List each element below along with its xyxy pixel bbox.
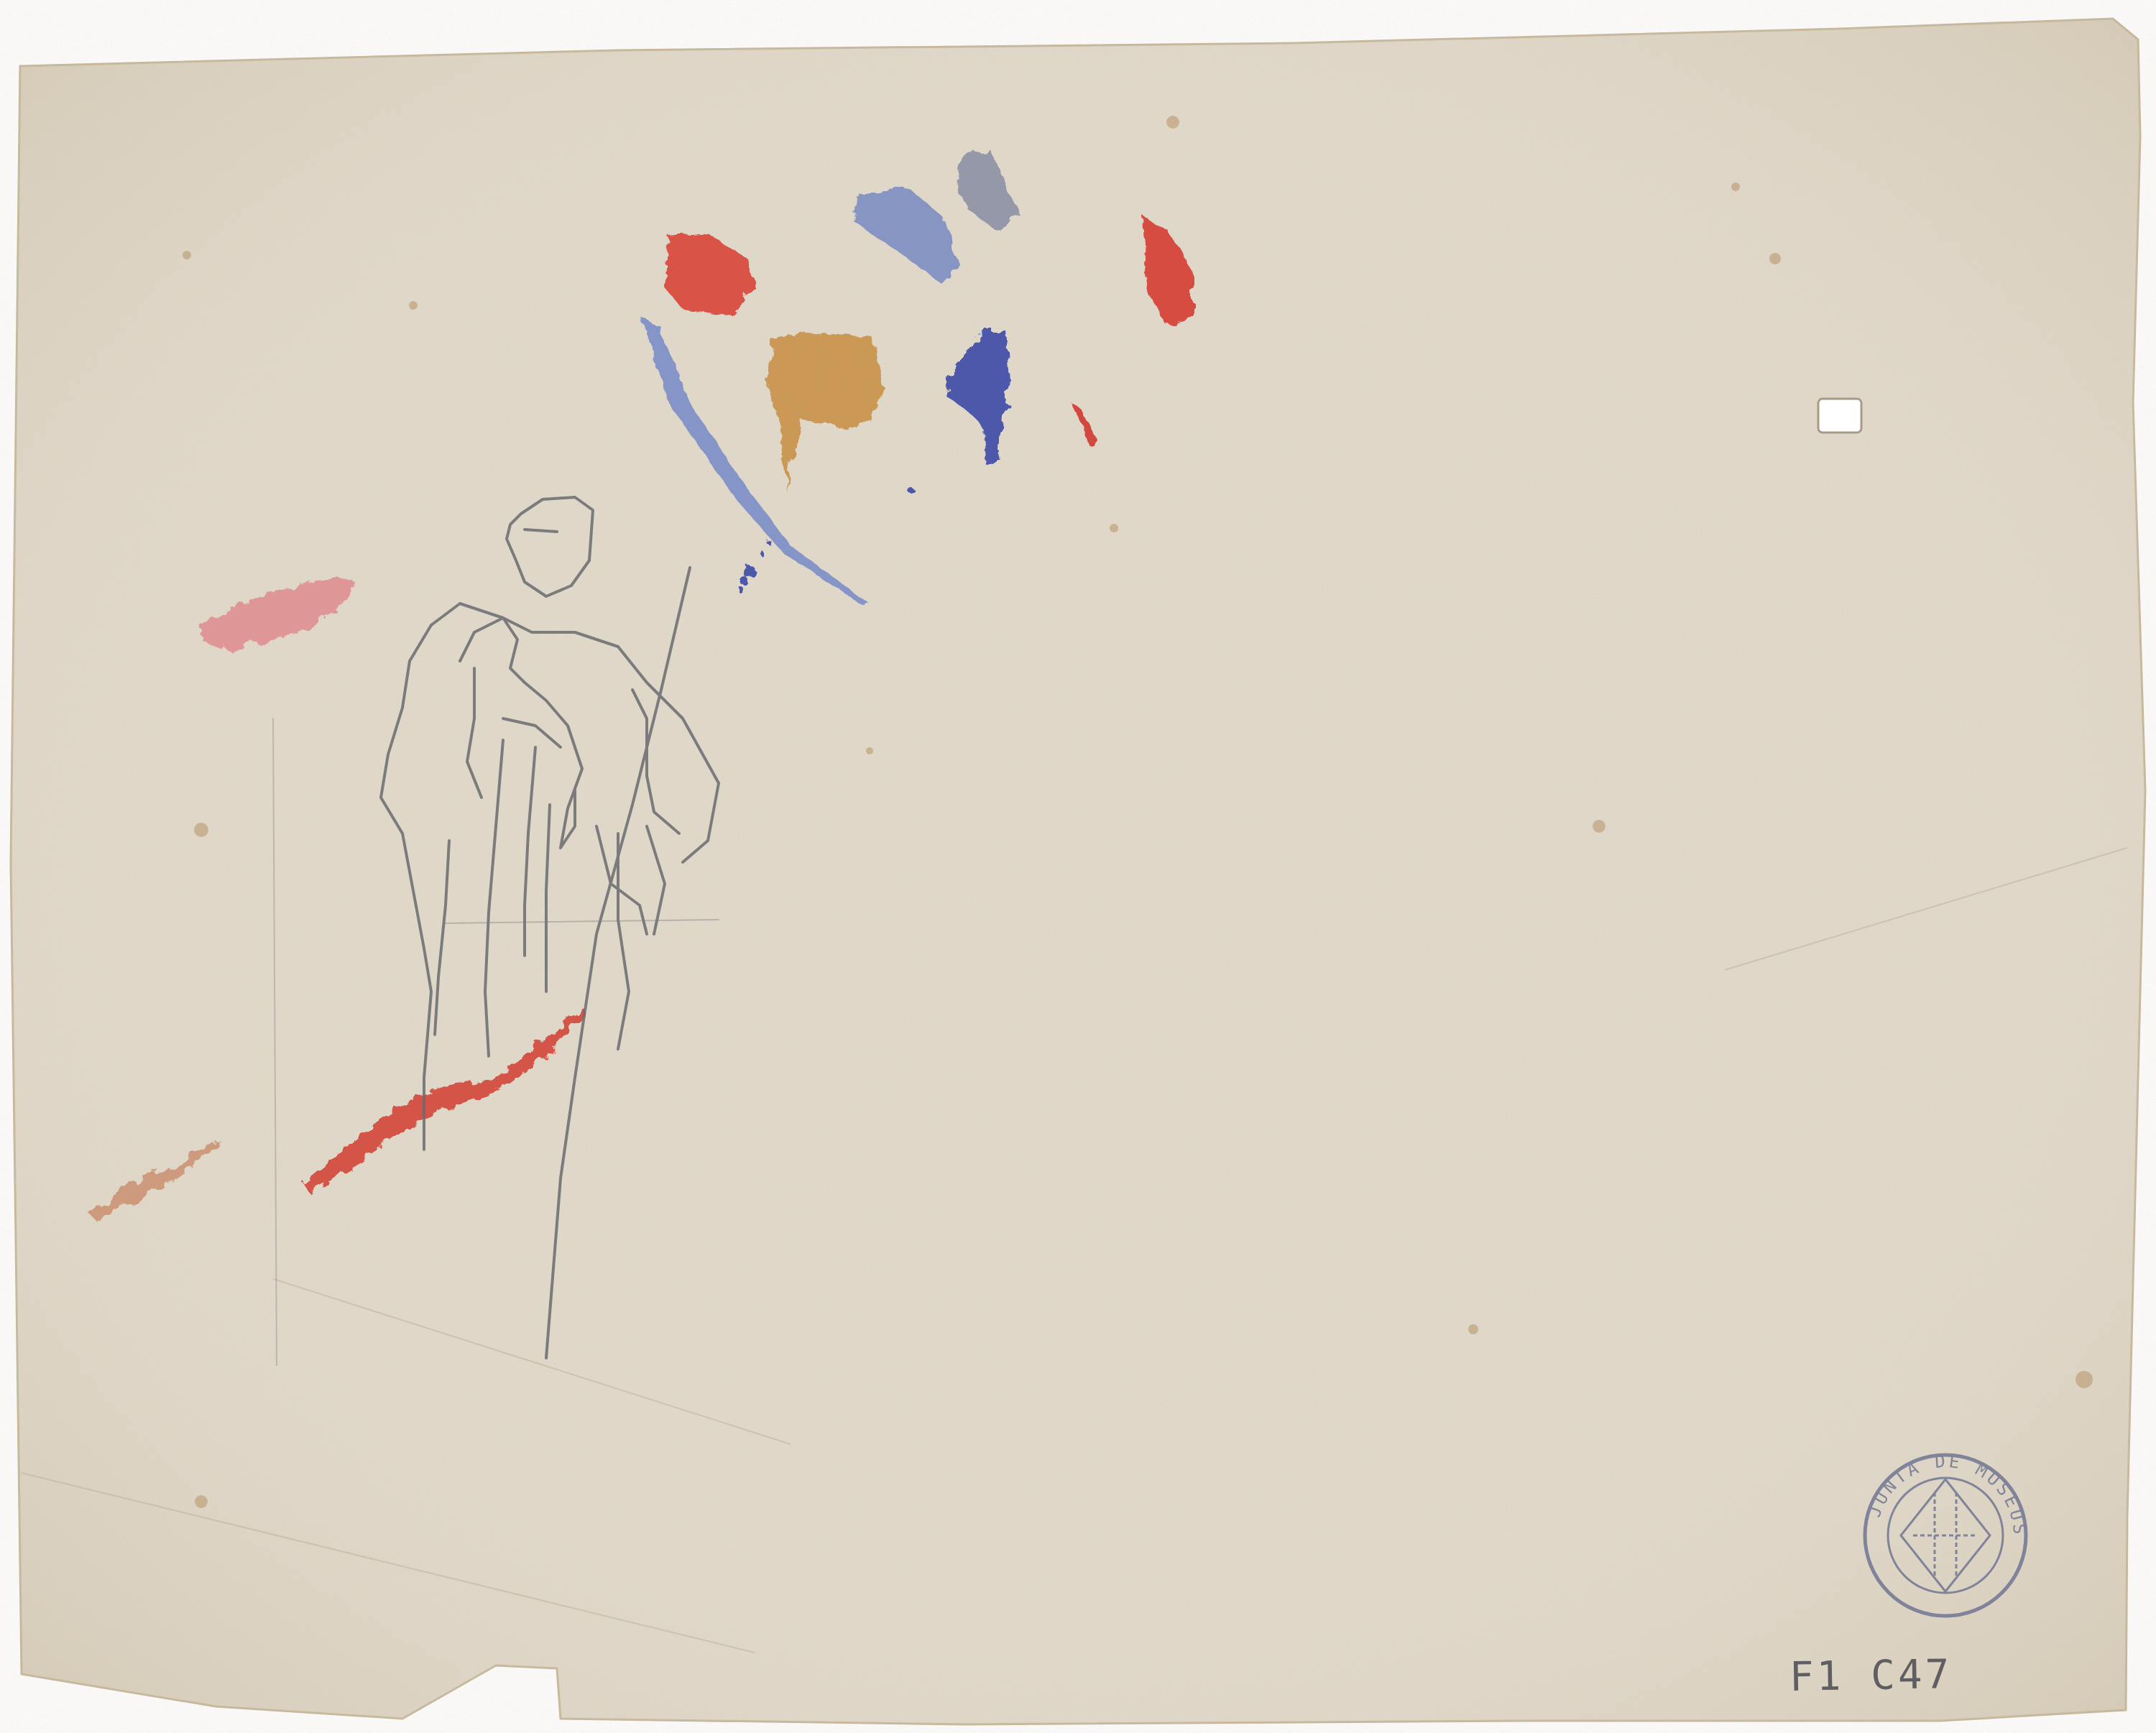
artwork-scan: JUNTA DE MUSEUS — [0, 0, 2156, 1733]
paper-sheet — [0, 0, 2156, 1733]
catalog-inscription: F1 C47 — [1789, 1651, 1952, 1701]
punch-hole — [1818, 399, 1861, 433]
